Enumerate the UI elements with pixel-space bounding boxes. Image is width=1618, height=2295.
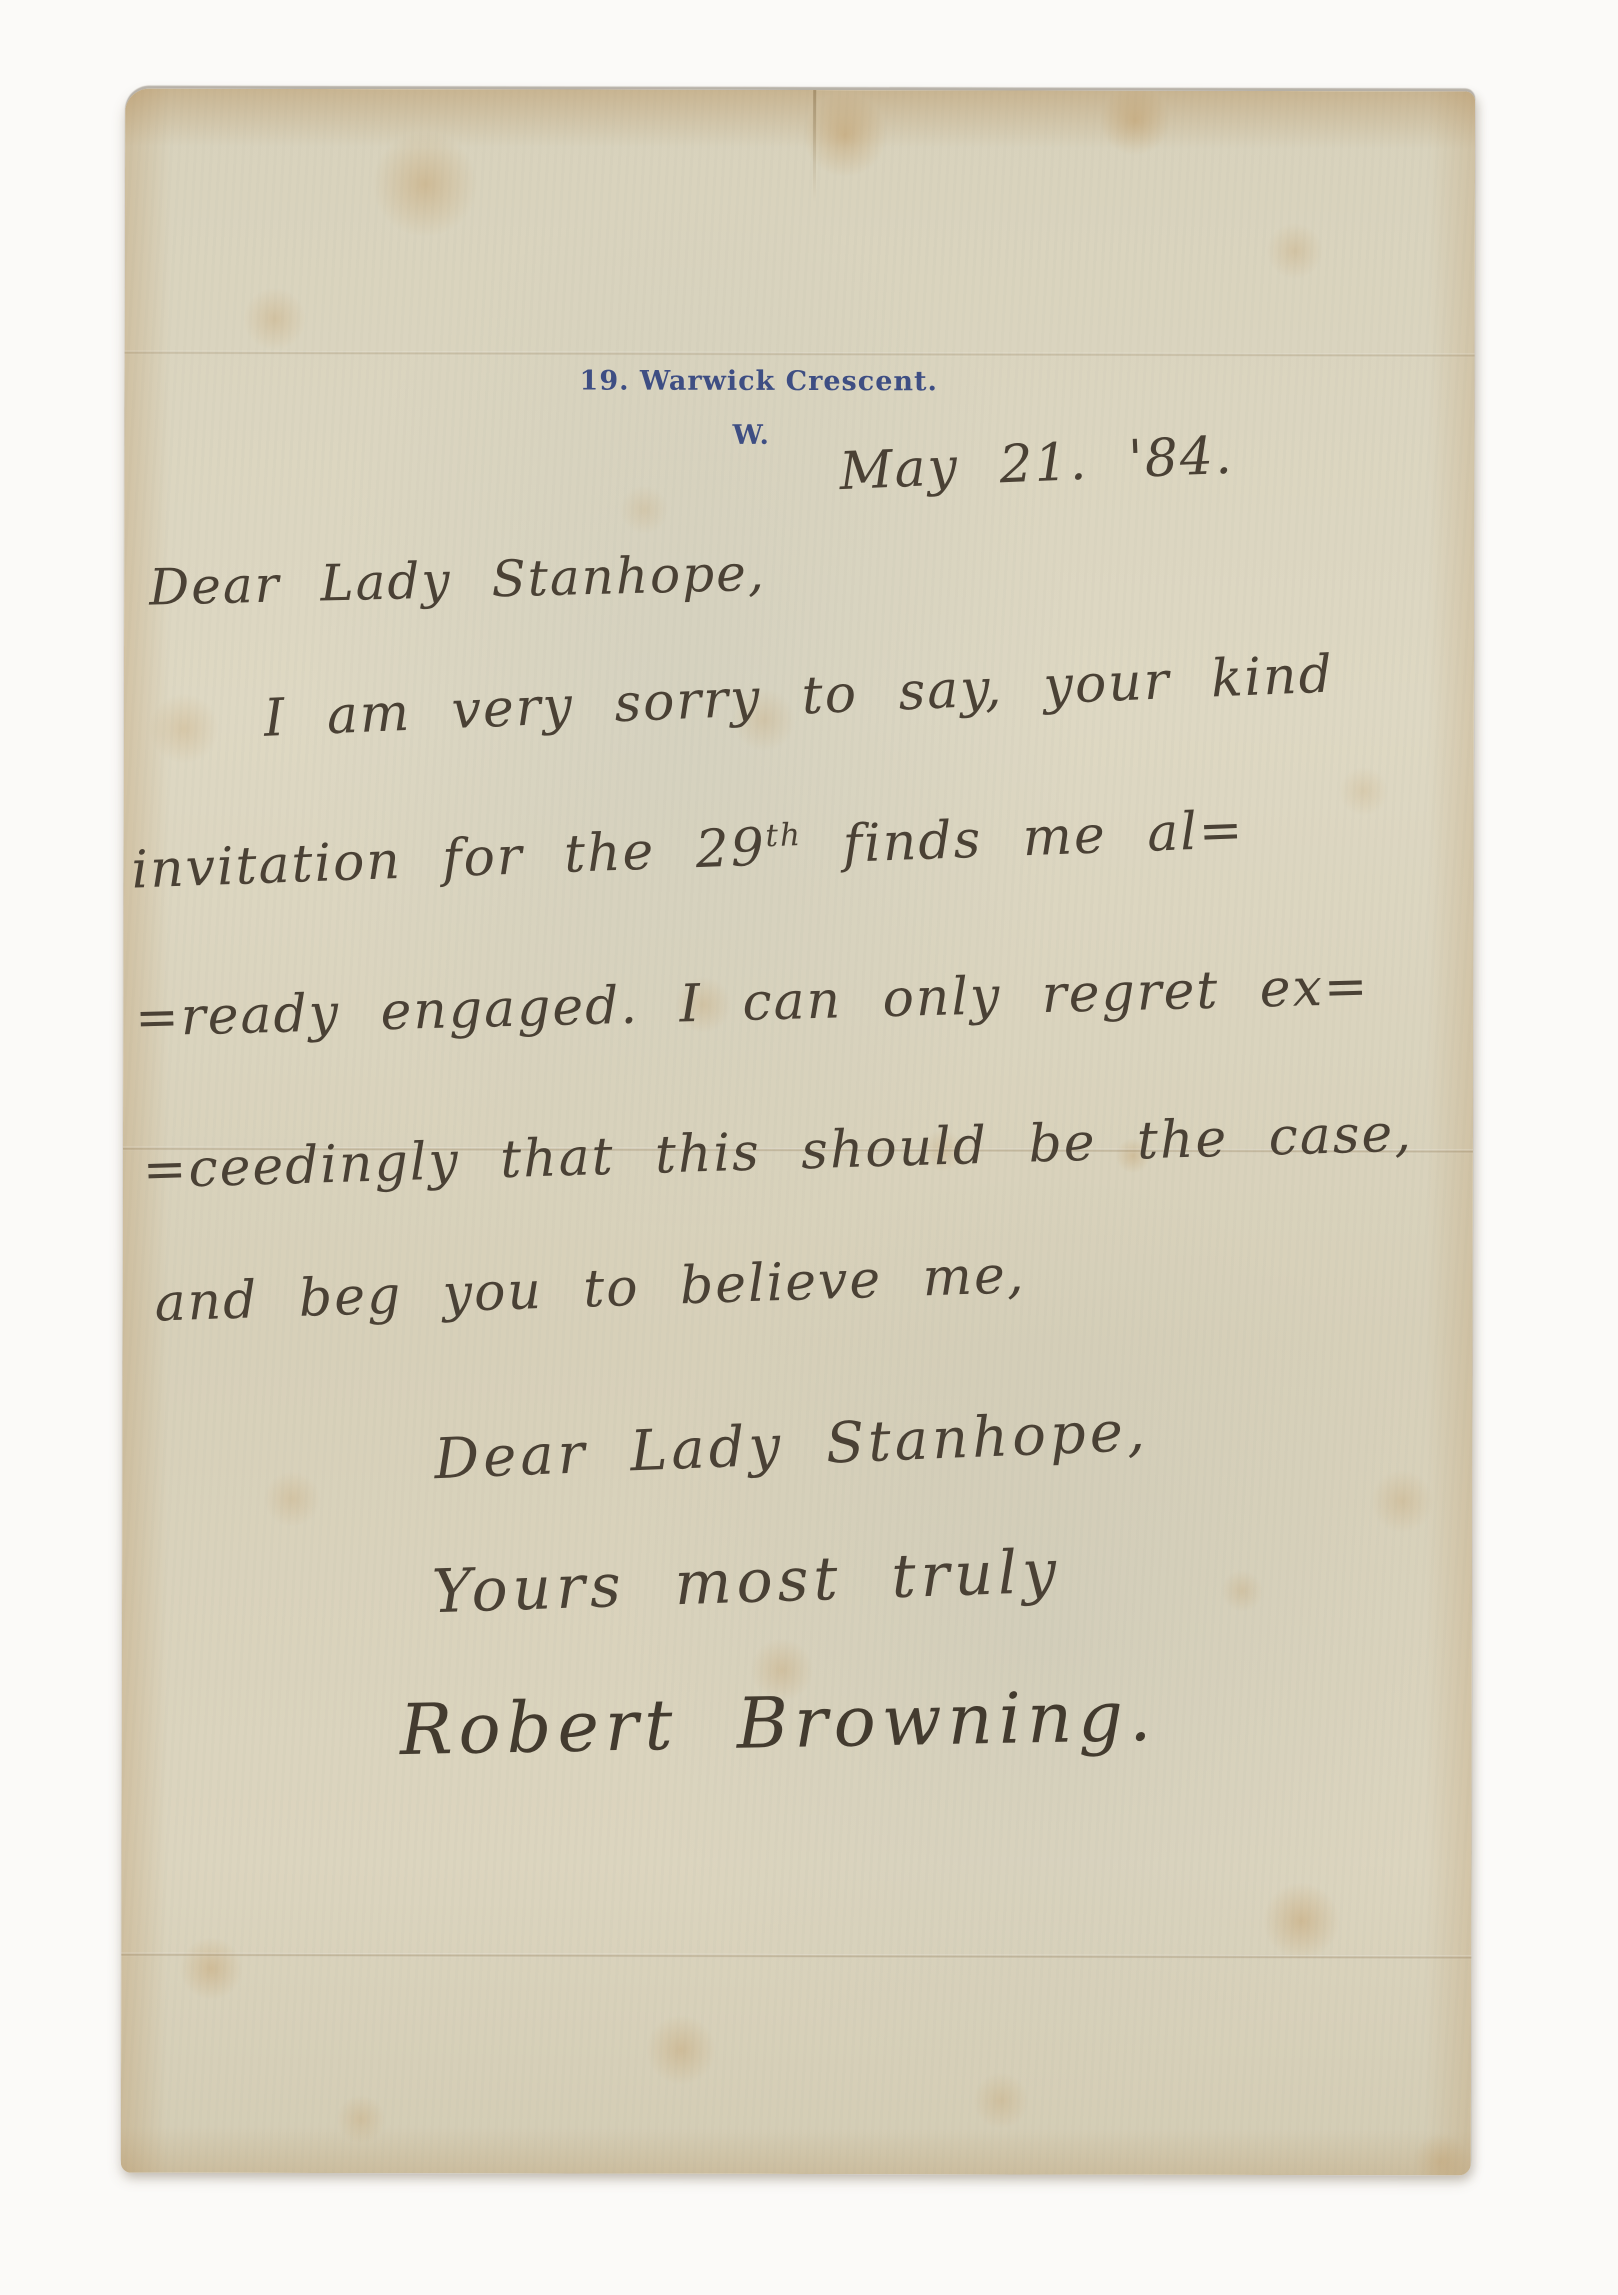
fold-crease-bottom: [121, 1953, 1471, 1960]
letterhead-address: 19. Warwick Crescent.: [580, 366, 938, 398]
body-line-3: =ready engaged. I can only regret ex=: [134, 957, 1370, 1049]
signature: Robert Browning.: [399, 1675, 1158, 1771]
letterhead-district: W.: [732, 420, 770, 451]
body-line-5: and beg you to believe me,: [154, 1245, 1027, 1334]
body-line-1: I am very sorry to say, your kind: [263, 644, 1335, 748]
body-line-2-text: invitation for the 29: [130, 818, 766, 901]
letter-date: May 21. '84.: [838, 426, 1235, 502]
scan-background: 19. Warwick Crescent. W. May 21. '84. De…: [0, 0, 1618, 2295]
body-line-4: =ceedingly that this should be the case,: [142, 1103, 1414, 1200]
fold-crease-top: [125, 351, 1475, 358]
valediction: Yours most truly: [431, 1537, 1062, 1628]
body-line-2-continued: finds me al=: [801, 800, 1245, 876]
salutation: Dear Lady Stanhope,: [148, 544, 766, 617]
body-line-2: invitation for the 29th finds me al=: [130, 800, 1245, 900]
vertical-fold-mark: [813, 90, 816, 202]
closing-salutation: Dear Lady Stanhope,: [433, 1399, 1150, 1492]
ordinal-suffix: th: [765, 817, 803, 854]
letter-paper: 19. Warwick Crescent. W. May 21. '84. De…: [121, 89, 1475, 2176]
